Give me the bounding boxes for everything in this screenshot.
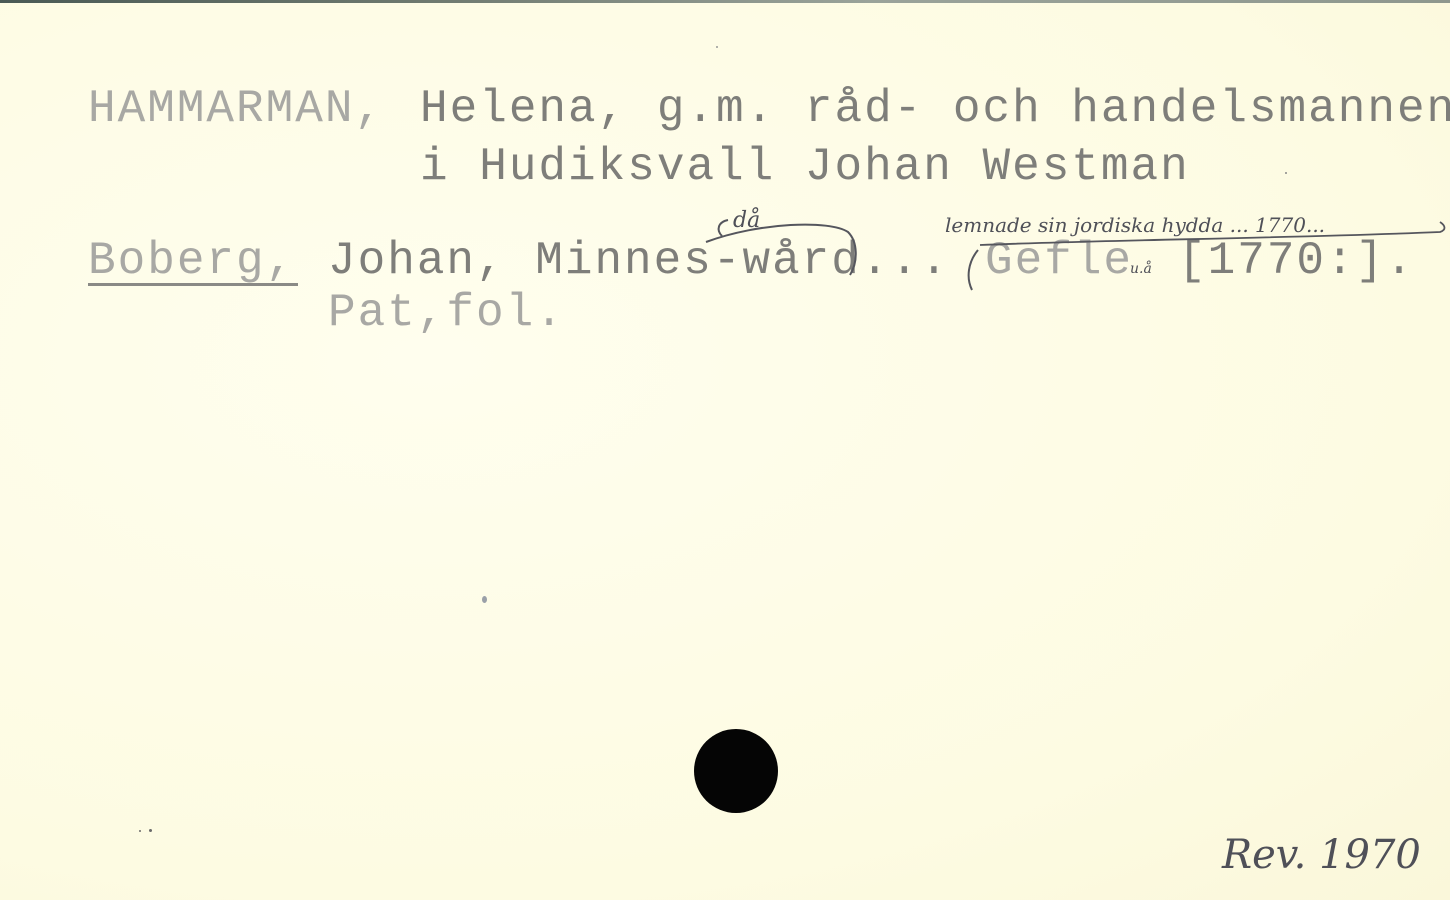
entry1-line1: Helena, g.m. råd- och handelsmannen: [420, 86, 1450, 132]
speck: [1285, 172, 1287, 174]
speck: [482, 596, 487, 603]
annotation-da: då: [733, 210, 760, 232]
speck: [139, 830, 141, 832]
entry2-date: [1770:].: [1178, 238, 1415, 284]
heading-underline: [88, 283, 298, 286]
revision-note: Rev. 1970: [1222, 835, 1421, 875]
speck: [716, 46, 718, 48]
entry2-line1-title: Johan, Minnes-wård...: [328, 238, 950, 284]
entry2-line2-format: Pat,fol.: [328, 290, 565, 336]
speck: [149, 829, 152, 832]
card-top-edge: [0, 0, 1450, 3]
entry1-line2: i Hudiksvall Johan Westman: [420, 144, 1190, 190]
entry1-surname: HAMMARMAN,: [88, 86, 384, 132]
entry2-heading: Boberg,: [88, 238, 295, 284]
annotation-lemnade: lemnade sin jordiska hydda ... 1770...: [945, 215, 1325, 235]
punch-hole: [694, 729, 778, 813]
entry2-place: Gefle: [985, 238, 1133, 284]
annotation-ua: u.å: [1130, 262, 1152, 276]
catalog-card: HAMMARMAN, Helena, g.m. råd- och handels…: [0, 0, 1450, 900]
